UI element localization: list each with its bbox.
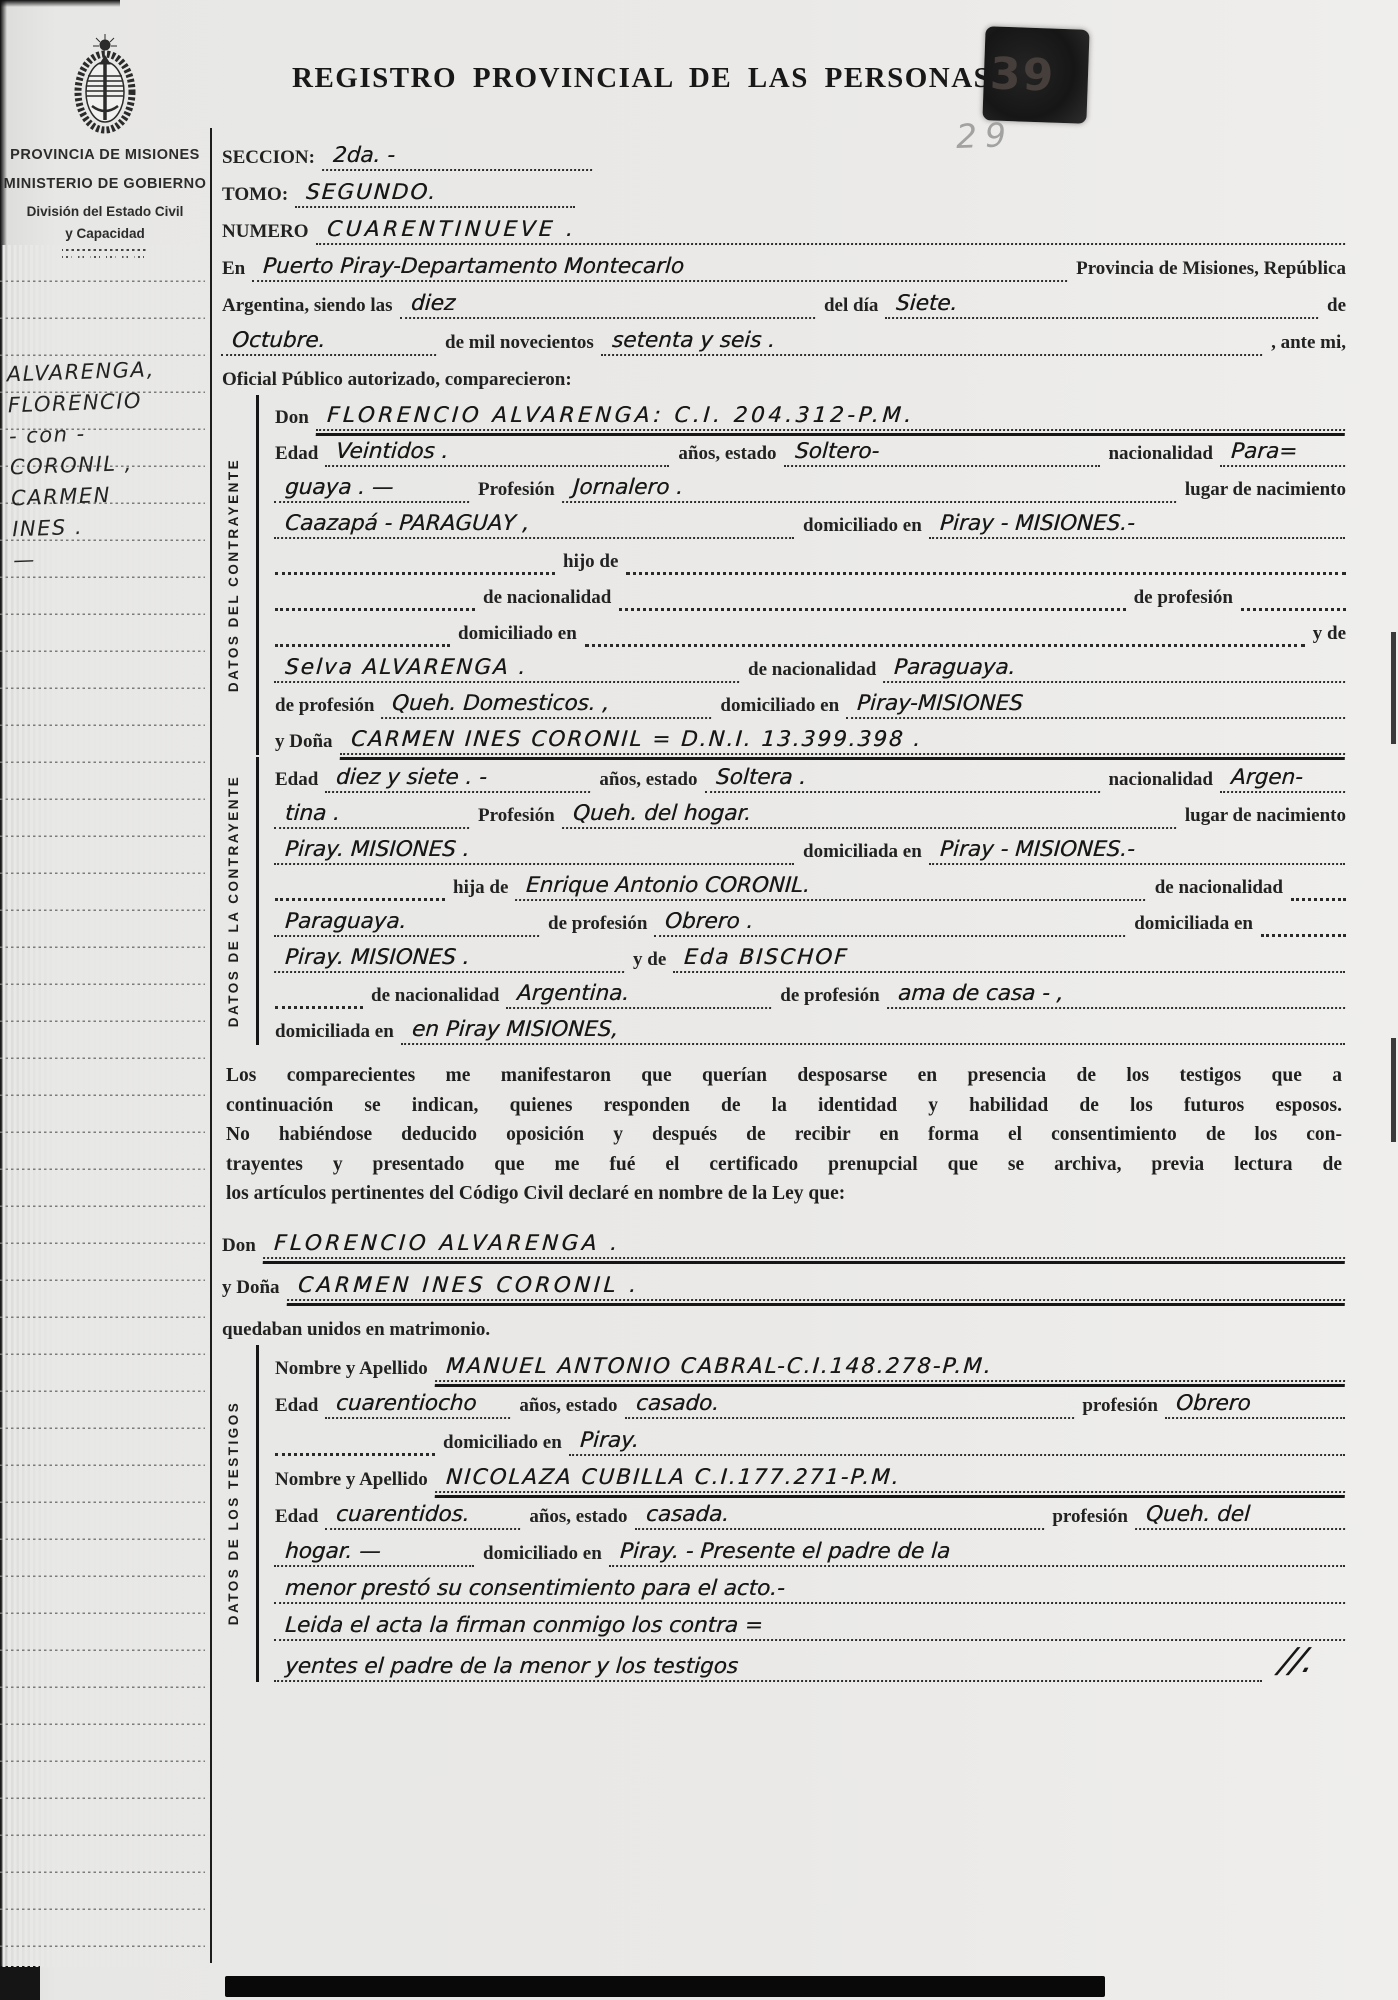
blank-underline — [1291, 872, 1346, 901]
form-line: Edadcuarentiochoaños, estadocasado.profe… — [275, 1382, 1346, 1419]
handwritten-entry: CUARENTINUEVE . — [316, 217, 1347, 245]
printed-label: de profesión — [780, 985, 879, 1009]
handwritten-entry: CARMEN INES CORONIL = D.N.I. 13.399.398 … — [340, 727, 1347, 755]
form-line: hogar. —domiciliado enPiray. - Presente … — [275, 1530, 1346, 1567]
groom-section: DATOS DEL CONTRAYENTE DonFLORENCIO ALVAR… — [222, 395, 1346, 755]
printed-label: domiciliada en — [275, 1021, 394, 1045]
form-line: Argentina, siendo lasdiezdel díaSiete.de — [222, 282, 1346, 319]
form-line: hijo de — [275, 539, 1346, 575]
printed-label: profesión — [1082, 1395, 1158, 1419]
printed-label: y de — [1313, 623, 1346, 647]
printed-label: de nacionalidad — [483, 587, 611, 611]
witnesses-section-label-column: DATOS DE LOS TESTIGOS — [222, 1345, 256, 1682]
handwritten-entry: 2da. - — [322, 143, 594, 171]
ink-stamp: 39 — [982, 26, 1089, 124]
body-text-line: No habiéndose deducido oposición y despu… — [226, 1120, 1342, 1150]
groom-section-label-column: DATOS DEL CONTRAYENTE — [222, 395, 256, 755]
blank-underline — [626, 546, 1346, 575]
form-line: y DoñaCARMEN INES CORONIL = D.N.I. 13.39… — [275, 719, 1346, 755]
margin-note: ALVARENGA,FLORENCIO- con -CORONIL ,CARME… — [6, 353, 205, 577]
handwritten-entry: Octubre. — [221, 328, 438, 356]
printed-label: del día — [824, 295, 878, 319]
form-line: Paraguaya.de profesiónObrero .domiciliad… — [275, 901, 1346, 937]
form-line: domiciliado enPiray. — [275, 1419, 1346, 1456]
printed-label: Provincia de Misiones, República — [1076, 258, 1346, 282]
scan-edge-artifact — [1391, 1038, 1396, 1142]
form-line: y DoñaCARMEN INES CORONIL . — [222, 1259, 1346, 1301]
printed-label: hija de — [453, 877, 508, 901]
printed-label: domiciliado en — [720, 695, 839, 719]
printed-label: años, estado — [599, 769, 697, 793]
printed-label: quedaban unidos en matrimonio. — [222, 1319, 490, 1343]
form-line: domiciliado eny de — [275, 611, 1346, 647]
handwritten-entry: Enrique Antonio CORONIL. — [515, 873, 1147, 901]
form-line: Octubre.de mil novecientossetenta y seis… — [222, 319, 1346, 356]
handwritten-entry: Eda BISCHOF — [673, 945, 1347, 973]
handwritten-entry: Piray. - Presente el padre de la — [609, 1539, 1347, 1567]
blank-underline — [275, 582, 475, 611]
handwritten-entry: Soltero- — [784, 439, 1102, 467]
handwritten-entry: SEGUNDO. — [295, 180, 577, 208]
handwritten-entry: Queh. Domesticos. , — [381, 691, 713, 719]
form-line: yentes el padre de la menor y los testig… — [275, 1641, 1346, 1682]
printed-label: domiciliado en — [443, 1432, 562, 1456]
handwritten-entry: hogar. — — [274, 1539, 476, 1567]
handwritten-entry: Piray - MISIONES.- — [929, 837, 1347, 865]
printed-label: Nombre y Apellido — [275, 1469, 428, 1493]
handwritten-entry: Obrero — [1165, 1391, 1347, 1419]
witnesses-section: DATOS DE LOS TESTIGOS Nombre y ApellidoM… — [222, 1345, 1346, 1682]
form-line: DonFLORENCIO ALVARENGA: C.I. 204.312-P.M… — [275, 395, 1346, 431]
handwritten-entry: casado. — [625, 1391, 1076, 1419]
sidebar: PROVINCIA DE MISIONESMINISTERIO DE GOBIE… — [0, 0, 210, 2000]
printed-label: NUMERO — [222, 221, 309, 245]
printed-label: Profesión — [478, 479, 555, 503]
closing-paragraph: Los comparecientes me manifestaron que q… — [226, 1061, 1342, 1209]
handwritten-entry: Para= — [1220, 439, 1347, 467]
printed-label: domiciliada en — [803, 841, 922, 865]
handwritten-entry: Obrero . — [654, 909, 1127, 937]
sidebar-org-line: MINISTERIO DE GOBIERNO — [0, 173, 210, 195]
printed-label: domiciliado en — [803, 515, 922, 539]
handwritten-entry: yentes el padre de la menor y los testig… — [274, 1654, 1264, 1682]
printed-label: de nacionalidad — [1155, 877, 1283, 901]
printed-label: Edad — [275, 1395, 318, 1419]
handwritten-entry: diez y siete . - — [325, 765, 592, 793]
sidebar-org-line: División del Estado Civil — [0, 201, 210, 223]
handwritten-entry: guaya . — — [274, 475, 471, 503]
form-line: EnPuerto Piray-Departamento MontecarloPr… — [222, 245, 1346, 282]
printed-label: Edad — [275, 443, 318, 467]
blank-underline — [275, 980, 363, 1009]
body-text-line: los artículos pertinentes del Código Civ… — [226, 1179, 1342, 1209]
printed-label: y Doña — [275, 731, 333, 755]
form-line: EdadVeintidos .años, estadoSoltero-nacio… — [275, 431, 1346, 467]
handwritten-entry: diez — [400, 291, 817, 319]
form-line: tina .ProfesiónQueh. del hogar.lugar de … — [275, 793, 1346, 829]
handwritten-entry: Soltera . — [705, 765, 1102, 793]
groom-section-label: DATOS DEL CONTRAYENTE — [226, 458, 241, 692]
form-line: Piray. MISIONES .domiciliada enPiray - M… — [275, 829, 1346, 865]
handwritten-entry: Piray. — [569, 1428, 1347, 1456]
form-line: de nacionalidadde profesión — [275, 575, 1346, 611]
handwritten-entry: Queh. del — [1135, 1502, 1347, 1530]
registry-header-fields: SECCION:2da. -TOMO:SEGUNDO.NUMEROCUARENT… — [222, 134, 1346, 393]
handwritten-entry: Jornalero . — [562, 475, 1178, 503]
handwritten-entry: Argentina. — [506, 981, 773, 1009]
form-line: Piray. MISIONES .y deEda BISCHOF — [275, 937, 1346, 973]
form-line: DonFLORENCIO ALVARENGA . — [222, 1217, 1346, 1259]
blank-underline — [275, 1427, 435, 1456]
handwritten-entry: Queh. del hogar. — [562, 801, 1178, 829]
form-line: guaya . —ProfesiónJornalero .lugar de na… — [275, 467, 1346, 503]
groom-section-content: DonFLORENCIO ALVARENGA: C.I. 204.312-P.M… — [256, 395, 1346, 755]
form-line: Edadcuarentidos.años, estadocasada.profe… — [275, 1493, 1346, 1530]
printed-label: y Doña — [222, 1277, 280, 1301]
body-text-line: continuación se indican, quienes respond… — [226, 1091, 1342, 1121]
handwritten-entry: Leida el acta la firman conmigo los cont… — [274, 1613, 1347, 1641]
form-body: SECCION:2da. -TOMO:SEGUNDO.NUMEROCUARENT… — [210, 128, 1346, 1963]
printed-label: Nombre y Apellido — [275, 1358, 428, 1382]
bride-section: DATOS DE LA CONTRAYENTE Edaddiez y siete… — [222, 757, 1346, 1045]
blank-underline — [1241, 582, 1346, 611]
handwritten-entry: Paraguaya. — [883, 655, 1347, 683]
bride-section-content: Edaddiez y siete . -años, estadoSoltera … — [256, 757, 1346, 1045]
handwritten-entry: tina . — [274, 801, 471, 829]
printed-label: de nacionalidad — [371, 985, 499, 1009]
printed-label: de — [1327, 295, 1346, 319]
handwritten-entry: FLORENCIO ALVARENGA: C.I. 204.312-P.M. — [316, 403, 1347, 431]
printed-label: Edad — [275, 1506, 318, 1530]
form-line: TOMO:SEGUNDO. — [222, 171, 1346, 208]
handwritten-entry: NICOLAZA CUBILLA C.I.177.271-P.M. — [435, 1465, 1347, 1493]
printed-label: de profesión — [1134, 587, 1233, 611]
blank-underline — [619, 582, 1125, 611]
printed-label: hijo de — [563, 551, 618, 575]
printed-label: Edad — [275, 769, 318, 793]
printed-label: de profesión — [548, 913, 647, 937]
handwritten-entry: FLORENCIO ALVARENGA . — [263, 1231, 1347, 1259]
printed-label: de nacionalidad — [748, 659, 876, 683]
argentina-coat-of-arms-icon — [68, 32, 142, 138]
scan-edge-artifact — [225, 1976, 1105, 1997]
printed-label: domiciliado en — [458, 623, 577, 647]
handwritten-entry: Siete. — [885, 291, 1320, 319]
bride-section-label-column: DATOS DE LA CONTRAYENTE — [222, 757, 256, 1045]
handwritten-entry: menor prestó su consentimiento para el a… — [274, 1576, 1347, 1604]
handwritten-entry: casada. — [635, 1502, 1046, 1530]
printed-label: domiciliada en — [1134, 913, 1253, 937]
form-line: SECCION:2da. - — [222, 134, 1346, 171]
bride-section-label: DATOS DE LA CONTRAYENTE — [226, 775, 241, 1028]
printed-label: lugar de nacimiento — [1185, 479, 1346, 503]
handwritten-entry: CARMEN INES CORONIL . — [287, 1273, 1347, 1301]
handwritten-entry: Selva ALVARENGA . — [274, 655, 741, 683]
witnesses-section-content: Nombre y ApellidoMANUEL ANTONIO CABRAL-C… — [256, 1345, 1346, 1682]
handwritten-entry: Puerto Piray-Departamento Montecarlo — [252, 254, 1069, 282]
handwritten-entry: Argen- — [1220, 765, 1347, 793]
printed-label: SECCION: — [222, 147, 315, 171]
printed-label: domiciliado en — [483, 1543, 602, 1567]
sidebar-org-line: PROVINCIA DE MISIONES — [0, 144, 210, 166]
form-line: quedaban unidos en matrimonio. — [222, 1301, 1346, 1343]
printed-label: TOMO: — [222, 184, 288, 208]
handwritten-entry: Piray - MISIONES.- — [929, 511, 1347, 539]
form-line: Oficial Público autorizado, compareciero… — [222, 356, 1346, 393]
printed-label: Don — [222, 1235, 256, 1259]
body-text-line: Los comparecientes me manifestaron que q… — [226, 1061, 1342, 1091]
printed-label: Don — [275, 407, 309, 431]
handwritten-entry: MANUEL ANTONIO CABRAL-C.I.148.278-P.M. — [435, 1354, 1347, 1382]
blank-underline — [275, 872, 445, 901]
printed-label: y de — [633, 949, 666, 973]
printed-label: nacionalidad — [1108, 769, 1213, 793]
handwritten-entry: cuarentiocho — [325, 1391, 512, 1419]
blank-underline — [585, 618, 1305, 647]
form-line: menor prestó su consentimiento para el a… — [275, 1567, 1346, 1604]
form-line: Edaddiez y siete . -años, estadoSoltera … — [275, 757, 1346, 793]
printed-label: años, estado — [519, 1395, 617, 1419]
form-line: Nombre y ApellidoMANUEL ANTONIO CABRAL-C… — [275, 1345, 1346, 1382]
printed-label: de mil novecientos — [445, 332, 594, 356]
body-text-line: trayentes y presentado que me fué el cer… — [226, 1150, 1342, 1180]
handwritten-entry: Piray. MISIONES . — [274, 945, 626, 973]
document-title: REGISTRO PROVINCIAL DE LAS PERSONAS — [292, 62, 991, 95]
form-line: Nombre y ApellidoNICOLAZA CUBILLA C.I.17… — [275, 1456, 1346, 1493]
handwritten-entry: Piray. MISIONES . — [274, 837, 796, 865]
blank-underline — [1261, 908, 1346, 937]
printed-label: años, estado — [678, 443, 776, 467]
scan-edge-artifact — [1391, 632, 1396, 744]
blank-underline — [275, 546, 555, 575]
printed-label: años, estado — [529, 1506, 627, 1530]
printed-label: Argentina, siendo las — [222, 295, 393, 319]
handwritten-entry: cuarentidos. — [325, 1502, 522, 1530]
handwritten-entry: setenta y seis . — [601, 328, 1264, 356]
printed-label: profesión — [1052, 1506, 1128, 1530]
handwritten-entry: Veintidos . — [325, 439, 671, 467]
form-line: de profesiónQueh. Domesticos. ,domicilia… — [275, 683, 1346, 719]
form-line: Caazapá - PARAGUAY ,domiciliado enPiray … — [275, 503, 1346, 539]
form-line: domiciliada enen Piray MISIONES, — [275, 1009, 1346, 1045]
sidebar-org-block: PROVINCIA DE MISIONESMINISTERIO DE GOBIE… — [0, 144, 210, 245]
blank-underline — [275, 618, 450, 647]
sidebar-org-line: y Capacidad — [0, 223, 210, 245]
printed-label: Oficial Público autorizado, compareciero… — [222, 369, 572, 393]
handwritten-entry: ama de casa - , — [887, 981, 1347, 1009]
printed-label: Profesión — [478, 805, 555, 829]
form-line: Leida el acta la firman conmigo los cont… — [275, 1604, 1346, 1641]
witnesses-section-label: DATOS DE LOS TESTIGOS — [226, 1401, 241, 1626]
form-line: NUMEROCUARENTINUEVE . — [222, 208, 1346, 245]
printed-label: , ante mi, — [1271, 332, 1346, 356]
form-line: Selva ALVARENGA .de nacionalidadParaguay… — [275, 647, 1346, 683]
handwritten-entry: en Piray MISIONES, — [401, 1017, 1347, 1045]
handwritten-entry: Paraguaya. — [274, 909, 541, 937]
handwritten-entry: //. — [1264, 1641, 1352, 1682]
handwritten-entry: Caazapá - PARAGUAY , — [274, 511, 796, 539]
form-line: de nacionalidadArgentina.de profesiónama… — [275, 973, 1346, 1009]
printed-label: lugar de nacimiento — [1185, 805, 1346, 829]
scanned-marriage-certificate: 39 29 PROVINCIA DE MISIONESMINISTERIO — [0, 0, 1398, 2000]
form-line: hija deEnrique Antonio CORONIL.de nacion… — [275, 865, 1346, 901]
stamp-page-number: 39 — [989, 48, 1056, 101]
printed-label: de profesión — [275, 695, 374, 719]
handwritten-entry: Piray-MISIONES — [846, 691, 1347, 719]
printed-label: En — [222, 258, 245, 282]
declaration-lines: DonFLORENCIO ALVARENGA .y DoñaCARMEN INE… — [222, 1217, 1346, 1343]
printed-label: nacionalidad — [1108, 443, 1213, 467]
